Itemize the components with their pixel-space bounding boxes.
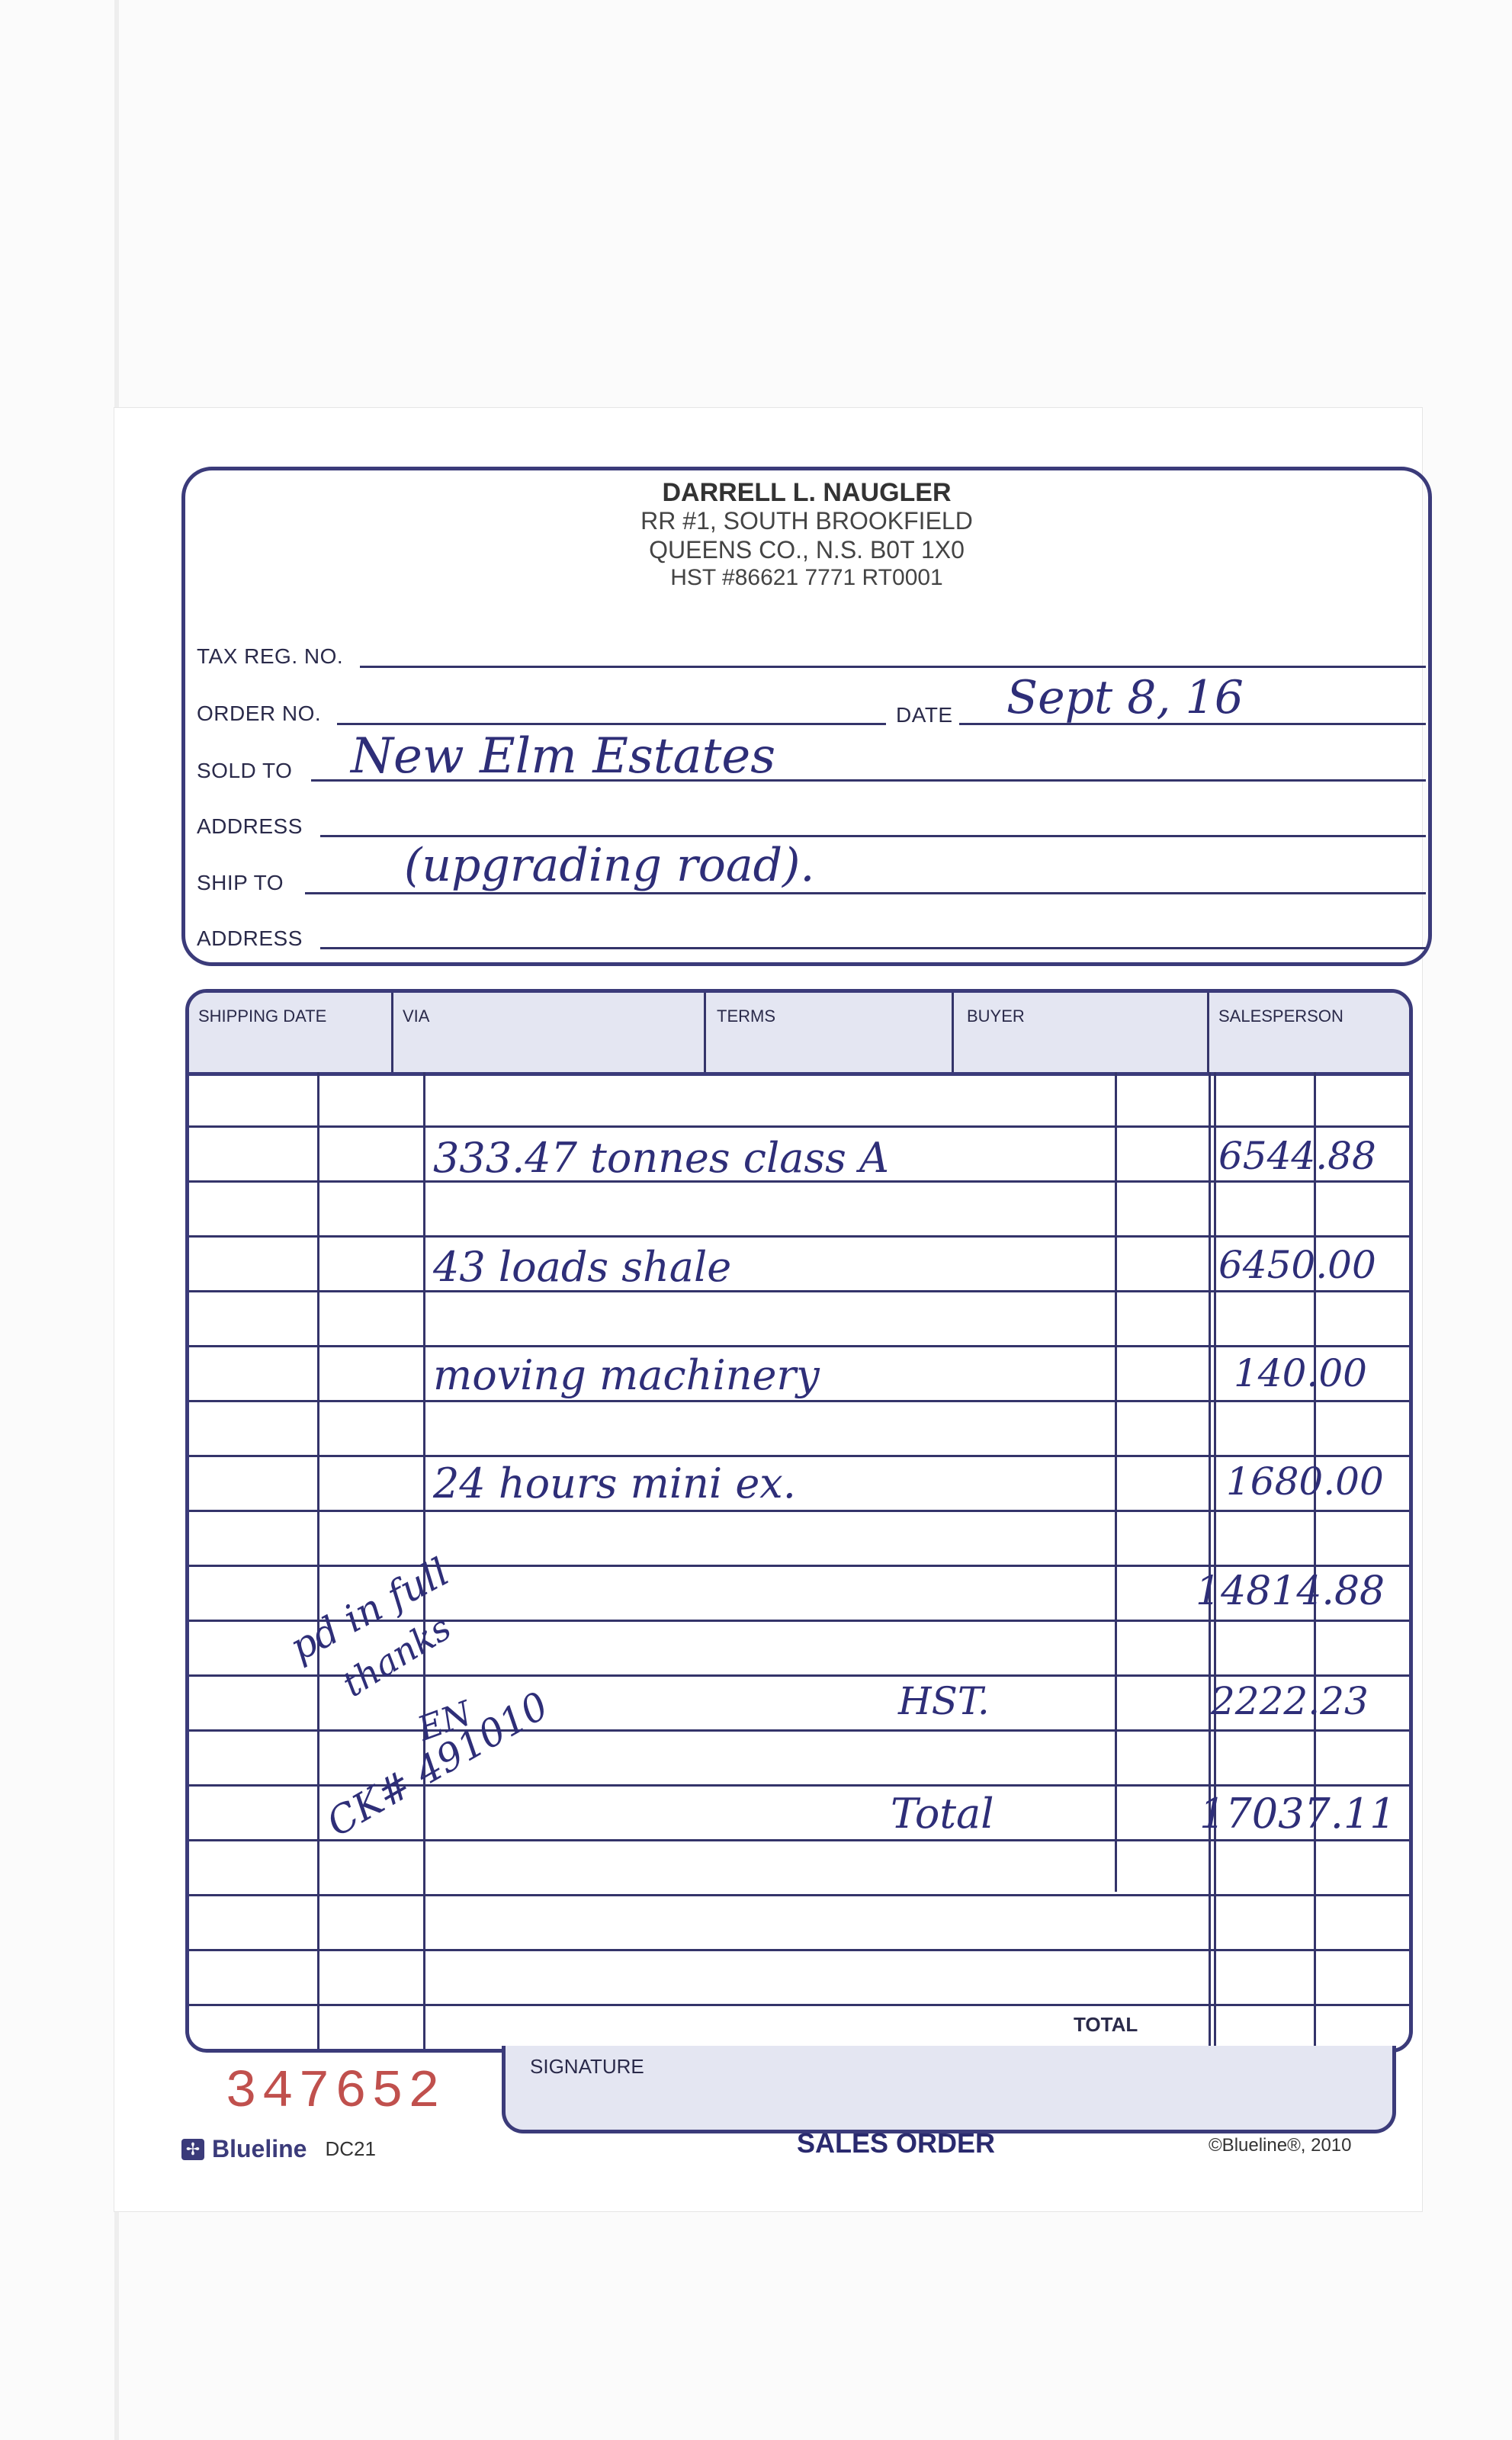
total-label-handwritten: Total bbox=[891, 1790, 994, 1838]
signature-box[interactable]: SIGNATURE bbox=[502, 2046, 1396, 2133]
date-value: Sept 8, 16 bbox=[1006, 671, 1244, 724]
line-item-amount: 140.00 bbox=[1234, 1351, 1367, 1395]
copyright: ©Blueline®, 2010 bbox=[1209, 2135, 1352, 2156]
row-line bbox=[189, 1510, 1409, 1512]
header-divider bbox=[704, 993, 706, 1072]
order-no-field[interactable] bbox=[337, 723, 886, 725]
line-item-amount: 1680.00 bbox=[1226, 1459, 1384, 1504]
line-item-description: 43 loads shale bbox=[433, 1243, 731, 1291]
business-name: DARRELL L. NAUGLER bbox=[185, 478, 1428, 508]
brand-logo: ✢ Blueline DC21 bbox=[181, 2135, 376, 2163]
sold-to-value: New Elm Estates bbox=[351, 728, 775, 785]
ship-to-label: SHIP TO bbox=[197, 871, 284, 895]
line-item-amount: 6544.88 bbox=[1218, 1134, 1376, 1178]
order-table: SHIPPING DATE VIA TERMS BUYER SALESPERSO… bbox=[185, 989, 1413, 2053]
header-divider bbox=[1207, 993, 1209, 1072]
header-shipping-date: SHIPPING DATE bbox=[198, 1006, 326, 1026]
line-item-amount: 6450.00 bbox=[1218, 1243, 1376, 1287]
header-salesperson: SALESPERSON bbox=[1218, 1006, 1343, 1026]
address-2-label: ADDRESS bbox=[197, 926, 303, 951]
row-line bbox=[189, 1235, 1409, 1238]
row-line bbox=[189, 1729, 1409, 1732]
header-buyer: BUYER bbox=[967, 1006, 1025, 1026]
form-code: DC21 bbox=[325, 2137, 375, 2161]
brand-name: Blueline bbox=[212, 2135, 307, 2163]
address-1-label: ADDRESS bbox=[197, 814, 303, 839]
line-item-description: moving machinery bbox=[433, 1351, 820, 1399]
column-line bbox=[1115, 1072, 1117, 1892]
tax-reg-label: TAX REG. NO. bbox=[197, 644, 343, 669]
sold-to-label: SOLD TO bbox=[197, 759, 292, 783]
ship-to-field[interactable] bbox=[305, 892, 1426, 894]
header-terms: TERMS bbox=[717, 1006, 775, 1026]
line-item-description: 24 hours mini ex. bbox=[433, 1459, 796, 1507]
row-line bbox=[189, 1949, 1409, 1951]
total-label-printed: TOTAL bbox=[1074, 2013, 1138, 2037]
signature-label: SIGNATURE bbox=[530, 2055, 644, 2079]
row-line bbox=[189, 1290, 1409, 1292]
row-line bbox=[189, 1565, 1409, 1567]
serial-number: 347652 bbox=[225, 2063, 445, 2123]
address-2-field[interactable] bbox=[320, 947, 1426, 949]
table-header: SHIPPING DATE VIA TERMS BUYER SALESPERSO… bbox=[189, 993, 1409, 1076]
column-line bbox=[1314, 1072, 1316, 2053]
row-line bbox=[189, 1400, 1409, 1402]
column-line bbox=[1214, 1072, 1216, 2053]
business-hst: HST #86621 7771 RT0001 bbox=[185, 565, 1428, 591]
header-via: VIA bbox=[403, 1006, 429, 1026]
form-title: SALES ORDER bbox=[797, 2127, 995, 2159]
row-line bbox=[189, 1455, 1409, 1457]
row-line bbox=[189, 1345, 1409, 1347]
line-item-description: 333.47 tonnes class A bbox=[433, 1134, 889, 1182]
row-line bbox=[189, 1125, 1409, 1128]
column-line bbox=[317, 1072, 319, 2053]
business-address-2: QUEENS CO., N.S. B0T 1X0 bbox=[185, 536, 1428, 564]
row-line bbox=[189, 1839, 1409, 1841]
subtotal-amount: 14814.88 bbox=[1196, 1568, 1385, 1614]
header-divider bbox=[952, 993, 954, 1072]
total-amount: 17037.11 bbox=[1199, 1790, 1396, 1838]
ship-to-value: (upgrading road). bbox=[404, 839, 815, 892]
order-no-label: ORDER NO. bbox=[197, 701, 321, 726]
blueline-logo-icon: ✢ bbox=[181, 2139, 204, 2160]
row-line bbox=[189, 1894, 1409, 1896]
row-line bbox=[189, 2004, 1409, 2006]
address-1-field[interactable] bbox=[320, 835, 1426, 837]
tax-reg-field[interactable] bbox=[360, 666, 1426, 668]
hst-amount: 2222.23 bbox=[1211, 1679, 1369, 1723]
column-line bbox=[1209, 1072, 1211, 2053]
header-divider bbox=[391, 993, 393, 1072]
hst-label: HST. bbox=[898, 1679, 990, 1723]
date-label: DATE bbox=[896, 703, 953, 727]
business-address-1: RR #1, SOUTH BROOKFIELD bbox=[185, 507, 1428, 535]
